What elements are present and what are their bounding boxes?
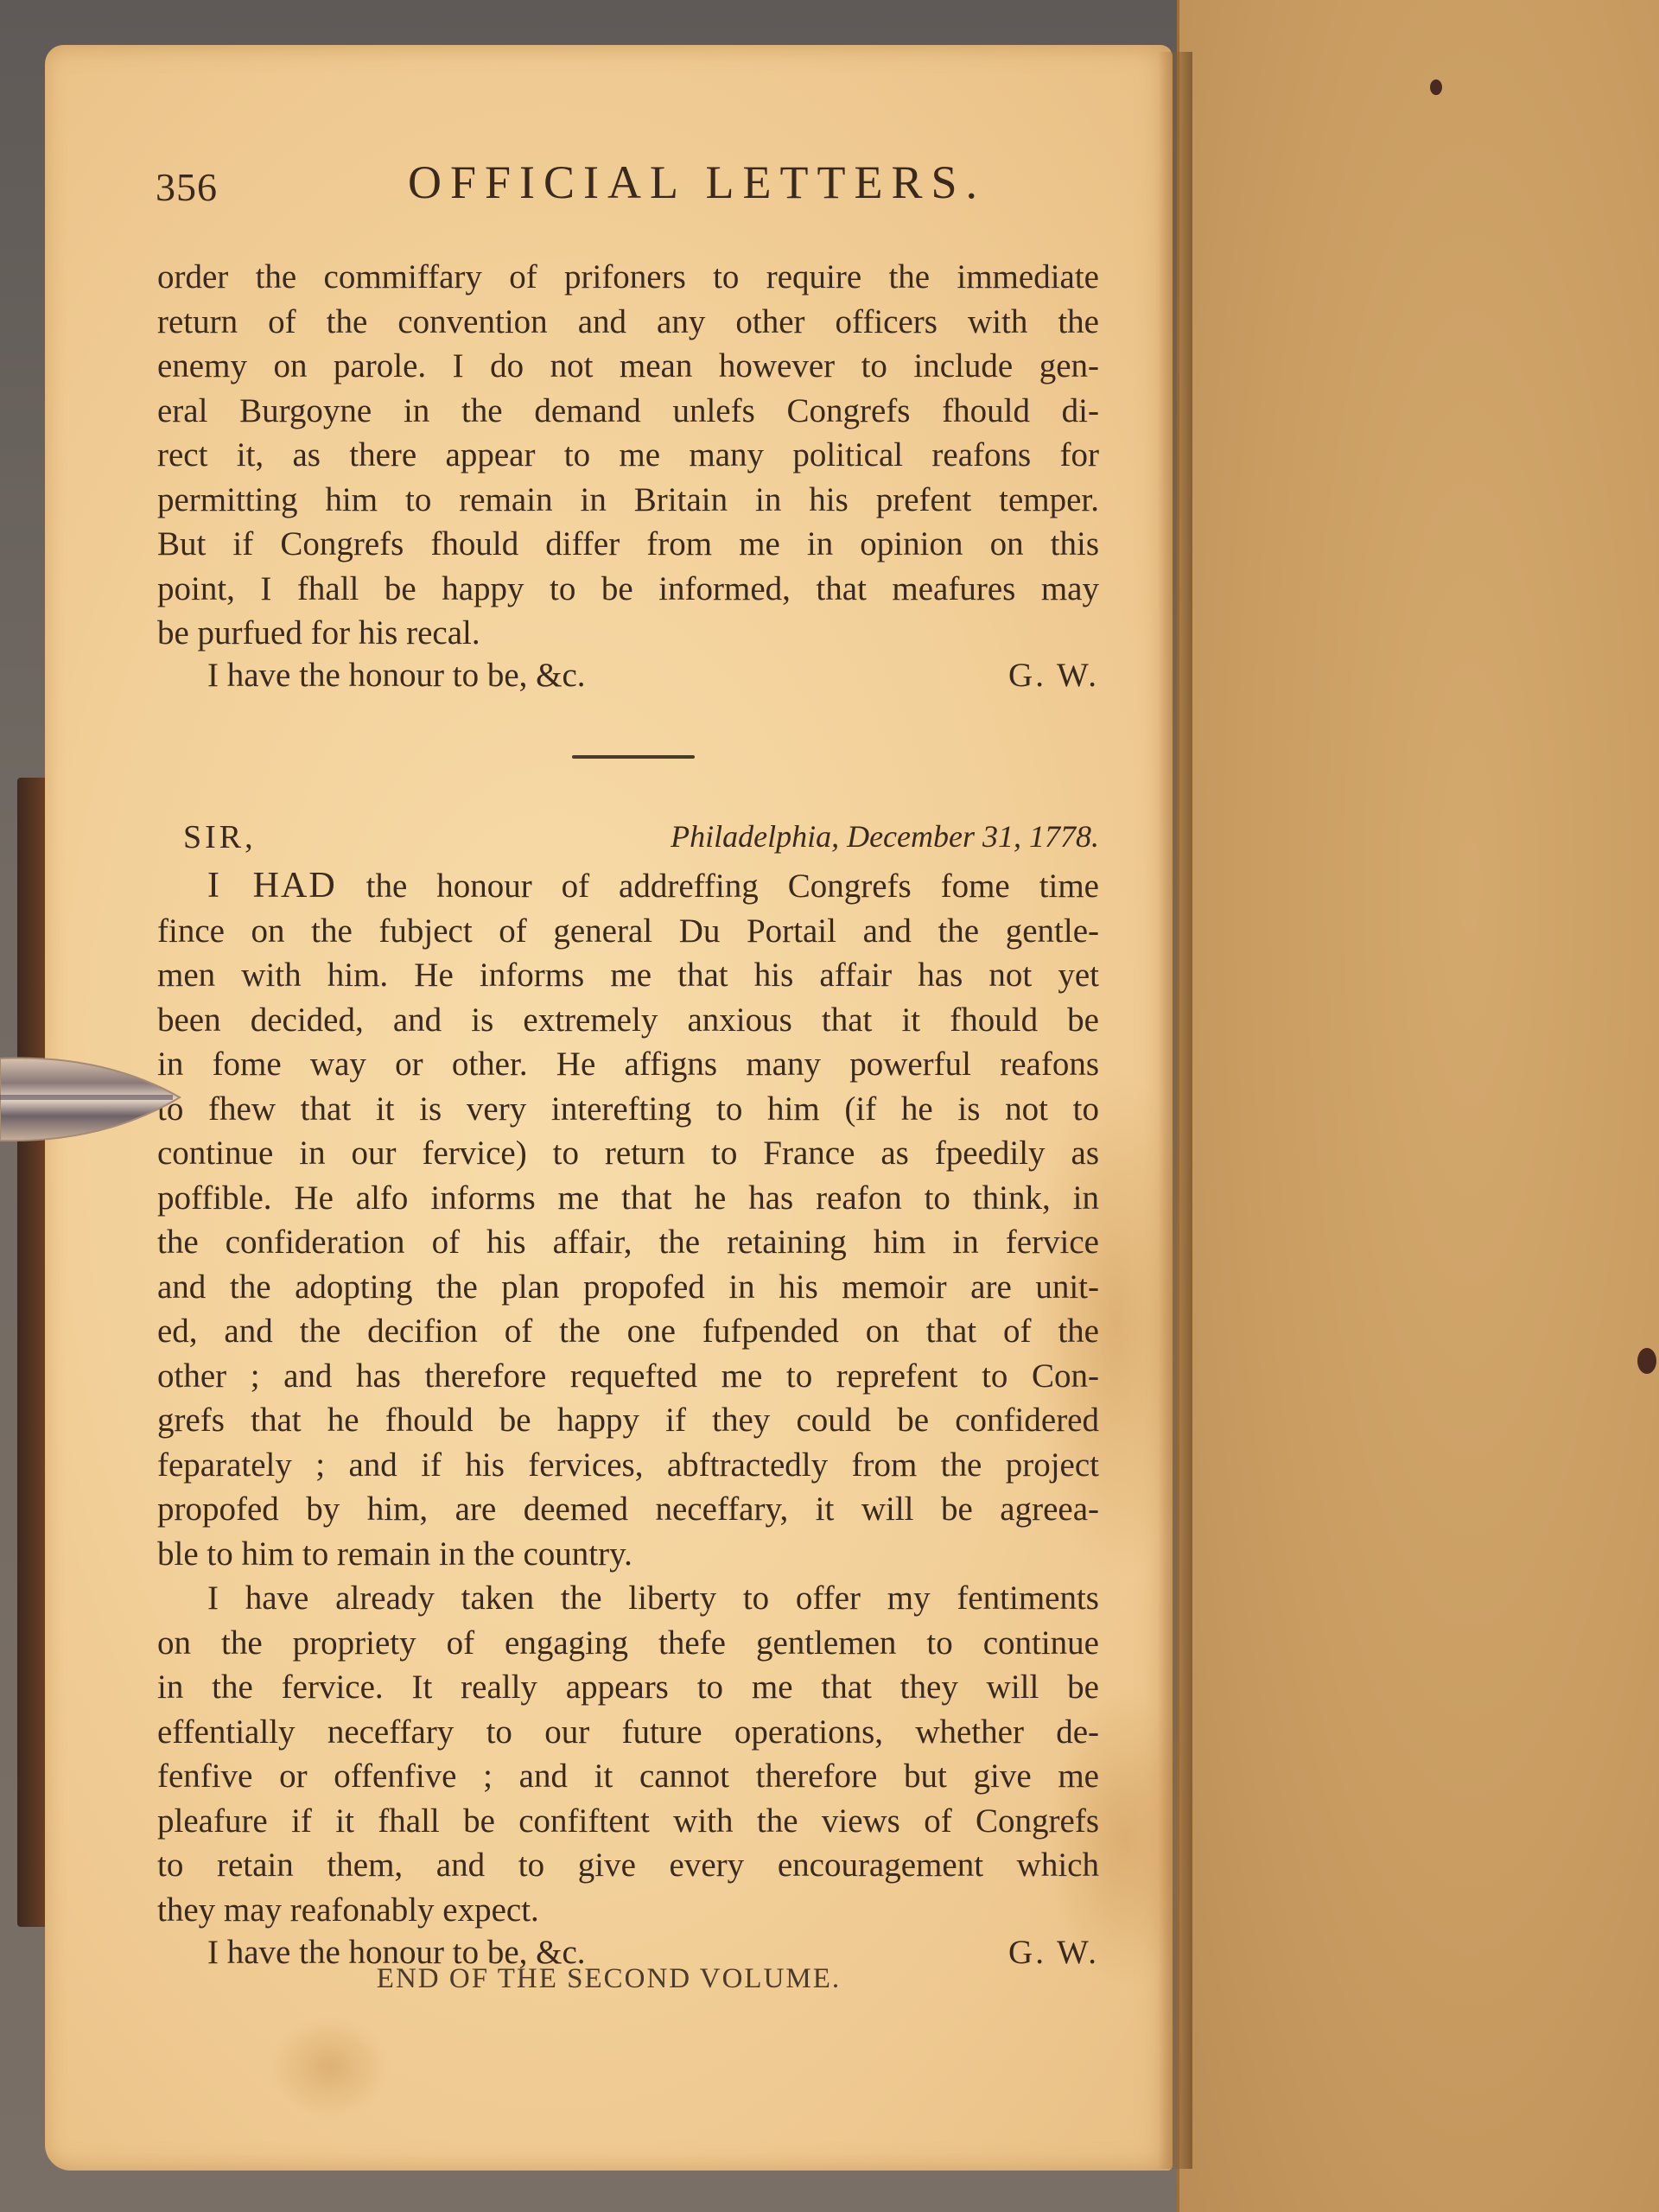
text-line: But if Congrefs fhould differ from me in… — [157, 522, 1099, 567]
text-line: men with him. He informs me that his aff… — [157, 953, 1099, 998]
letter-paragraph-2: I have already taken the liberty to offe… — [157, 1576, 1099, 1932]
text-line: effentially neceffary to our future oper… — [157, 1710, 1099, 1755]
text-line: fenfive or offenfive ; and it cannot the… — [157, 1754, 1099, 1799]
end-of-volume-note: END OF THE SECOND VOLUME. — [45, 1963, 1173, 1995]
text-line: return of the convention and any other o… — [157, 300, 1099, 345]
salutation: SIR, — [183, 818, 257, 856]
running-title: OFFICIAL LETTERS. — [408, 156, 986, 209]
text-line: feparately ; and if his fervices, abftra… — [157, 1443, 1099, 1488]
text-line: and the adopting the plan propofed in hi… — [157, 1265, 1099, 1310]
text-line: propofed by him, are deemed neceffary, i… — [157, 1487, 1099, 1532]
text-line: to fhew that it is very interefting to h… — [157, 1087, 1099, 1132]
opening-words: I HAD — [207, 866, 337, 906]
section-divider-rule — [572, 755, 695, 759]
text-line: order the commiffary of prifoners to req… — [157, 255, 1099, 300]
text-line: in fome way or other. He affigns many po… — [157, 1042, 1099, 1087]
signature-initials: G. W. — [1008, 656, 1099, 695]
text-line: I have already taken the liberty to offe… — [157, 1576, 1099, 1621]
letter-continued-signoff: I have the honour to be, &c. G. W. — [157, 656, 1099, 701]
text-line: permitting him to remain in Britain in h… — [157, 478, 1099, 523]
text-line: ble to him to remain in the country. — [157, 1532, 1099, 1577]
text-line: enemy on parole. I do not mean however t… — [157, 344, 1099, 389]
text-line: poffible. He alfo informs me that he has… — [157, 1176, 1099, 1221]
text-line: eral Burgoyne in the demand unlefs Congr… — [157, 389, 1099, 434]
letter-heading: SIR, Philadelphia, December 31, 1778. — [183, 818, 1099, 863]
dateline: Philadelphia, December 31, 1778. — [671, 818, 1099, 855]
text-line: fince on the fubject of general Du Porta… — [157, 909, 1099, 954]
text-line: point, I fhall be happy to be informed, … — [157, 567, 1099, 612]
text-line: been decided, and is extremely anxious t… — [157, 998, 1099, 1043]
text-line: on the propriety of engaging thefe gentl… — [157, 1621, 1099, 1666]
text-line: they may reafonably expect. — [157, 1888, 1099, 1933]
book-page: 356 OFFICIAL LETTERS. order the commiffa… — [45, 45, 1173, 2171]
text-line-rest: the honour of addreffing Congrefs fome t… — [366, 868, 1099, 905]
foxing-spot — [1430, 79, 1442, 95]
closing-formula: I have the honour to be, &c. — [207, 656, 586, 695]
page-content: 356 OFFICIAL LETTERS. order the commiffa… — [45, 45, 1173, 2171]
metal-page-clip — [0, 1050, 183, 1149]
text-line: rect it, as there appear to me many poli… — [157, 433, 1099, 478]
text-line: in the fervice. It really appears to me … — [157, 1665, 1099, 1710]
text-line: other ; and has therefore requefted me t… — [157, 1354, 1099, 1399]
text-line: be purfued for his recal. — [157, 611, 1099, 656]
letter-continued-body: order the commiffary of prifoners to req… — [157, 255, 1099, 656]
gutter-shadow — [1158, 52, 1192, 2169]
text-line: the confideration of his affair, the ret… — [157, 1220, 1099, 1265]
text-line: grefs that he fhould be happy if they co… — [157, 1398, 1099, 1443]
facing-endpaper — [1177, 0, 1659, 2212]
text-line: continue in our fervice) to return to Fr… — [157, 1131, 1099, 1176]
page-number: 356 — [156, 164, 218, 210]
text-line: ed, and the decifion of the one fufpende… — [157, 1309, 1099, 1354]
text-line: I HAD the honour of addreffing Congrefs … — [157, 864, 1099, 909]
text-line: to retain them, and to give every encour… — [157, 1843, 1099, 1888]
text-line: pleafure if it fhall be confiftent with … — [157, 1799, 1099, 1844]
foxing-spot — [1637, 1348, 1656, 1374]
letter-paragraph-1: I HAD the honour of addreffing Congrefs … — [157, 864, 1099, 1576]
running-head: 356 OFFICIAL LETTERS. — [156, 156, 1063, 225]
